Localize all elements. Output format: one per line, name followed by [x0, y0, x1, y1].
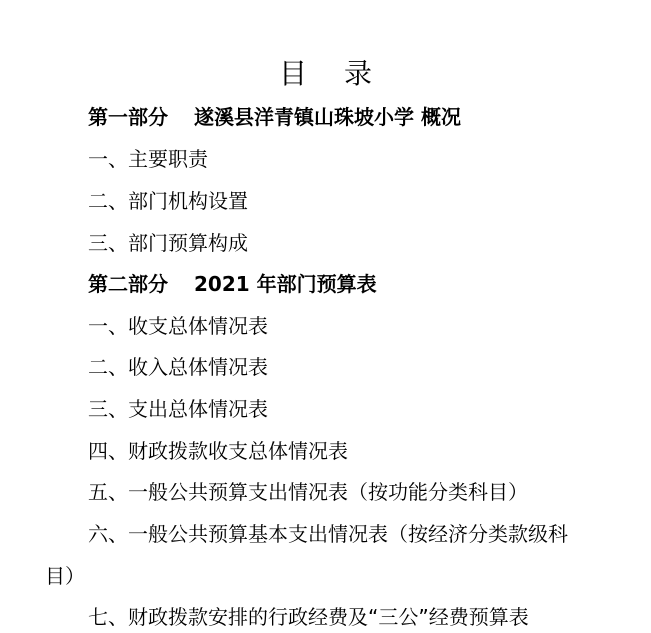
toc-item-general-budget-basic-by-economic: 六、一般公共预算基本支出情况表（按经济分类款级科	[88, 520, 568, 548]
part2-label: 第二部分	[88, 272, 168, 296]
part1-label: 第一部分	[88, 105, 168, 129]
toc-item-budget-composition: 三、部门预算构成	[88, 229, 248, 257]
toc-item-general-budget-basic-by-economic-cont: 目）	[45, 562, 85, 590]
toc-item-org-structure: 二、部门机构设置	[88, 187, 248, 215]
toc-item-revenue-expenditure-overview: 一、收支总体情况表	[88, 312, 268, 340]
toc-item-general-budget-by-function: 五、一般公共预算支出情况表（按功能分类科目）	[88, 478, 528, 506]
part1-title: 遂溪县洋青镇山珠坡小学 概况	[194, 105, 461, 129]
toc-item-fiscal-allocation-overview: 四、财政拨款收支总体情况表	[88, 437, 348, 465]
toc-item-admin-and-three-public-expenses: 七、财政拨款安排的行政经费及“三公”经费预算表	[88, 603, 529, 631]
toc-title: 目 录	[0, 56, 651, 92]
toc-item-revenue-overview: 二、收入总体情况表	[88, 353, 268, 381]
document-page: 目 录 第一部分遂溪县洋青镇山珠坡小学 概况 一、主要职责 二、部门机构设置 三…	[0, 0, 651, 633]
part2-heading: 第二部分2021 年部门预算表	[88, 270, 377, 298]
part1-heading: 第一部分遂溪县洋青镇山珠坡小学 概况	[88, 103, 461, 131]
toc-item-duties: 一、主要职责	[88, 145, 208, 173]
part2-title: 2021 年部门预算表	[194, 272, 377, 296]
toc-item-expenditure-overview: 三、支出总体情况表	[88, 395, 268, 423]
